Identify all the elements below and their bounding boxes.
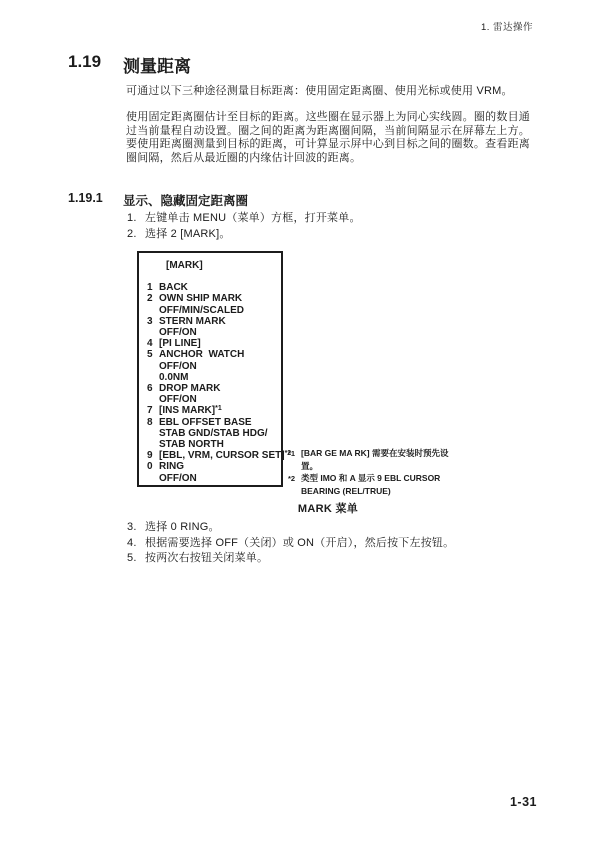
step-text: 选择 0 RING。 bbox=[145, 520, 220, 536]
footnote-reference: *1 bbox=[215, 405, 222, 412]
procedure-step: 1.左键单击 MENU（菜单）方框，打开菜单。 bbox=[127, 211, 537, 227]
step-text: 根据需要选择 OFF（关闭）或 ON（开启），然后按下左按钮。 bbox=[145, 536, 454, 552]
menu-item-number bbox=[147, 428, 159, 439]
menu-item-label: OFF/ON bbox=[159, 361, 197, 372]
menu-item-label: OFF/ON bbox=[159, 473, 197, 484]
menu-item-label: STAB GND/STAB HDG/ bbox=[159, 428, 268, 439]
menu-item-number bbox=[147, 372, 159, 383]
menu-line: 9[EBL, VRM, CURSOR SET]*2 bbox=[147, 450, 279, 461]
menu-item-number bbox=[147, 361, 159, 372]
menu-title: [MARK] bbox=[166, 260, 279, 271]
menu-item-number: 4 bbox=[147, 338, 159, 349]
step-number: 2. bbox=[127, 227, 145, 243]
menu-line: 7[INS MARK]*1 bbox=[147, 405, 279, 416]
menu-caption: MARK 菜单 bbox=[126, 500, 530, 516]
steps-after: 3.选择 0 RING。4.根据需要选择 OFF（关闭）或 ON（开启），然后按… bbox=[127, 520, 537, 567]
menu-item-number: 1 bbox=[147, 282, 159, 293]
menu-item-number bbox=[147, 305, 159, 316]
menu-line: STAB NORTH bbox=[147, 439, 279, 450]
menu-line: 0.0NM bbox=[147, 372, 279, 383]
document-page: 1. 雷达操作 1.19 测量距离 可通过以下三种途径测量目标距离：使用固定距离… bbox=[0, 0, 595, 842]
section-heading: 1.19 测量距离 bbox=[68, 52, 191, 77]
menu-line: STAB GND/STAB HDG/ bbox=[147, 428, 279, 439]
menu-item-label: EBL OFFSET BASE bbox=[159, 417, 252, 428]
menu-item-number bbox=[147, 473, 159, 484]
menu-line: OFF/ON bbox=[147, 327, 279, 338]
step-text: 选择 2 [MARK]。 bbox=[145, 227, 231, 243]
footnote-marker: *2 bbox=[288, 472, 301, 497]
menu-item-label: STERN MARK bbox=[159, 316, 226, 327]
footnote-text: [BAR GE MA RK] 需要在安装时预先设置。 bbox=[301, 447, 461, 472]
menu-line: 3STERN MARK bbox=[147, 316, 279, 327]
step-number: 1. bbox=[127, 211, 145, 227]
menu-line: 2OWN SHIP MARK bbox=[147, 293, 279, 304]
intro-paragraph: 可通过以下三种途径测量目标距离：使用固定距离圈、使用光标或使用 VRM。 bbox=[126, 85, 530, 99]
mark-menu-box: [MARK] 1BACK2OWN SHIP MARKOFF/MIN/SCALED… bbox=[137, 251, 283, 487]
menu-item-number bbox=[147, 327, 159, 338]
steps-before: 1.左键单击 MENU（菜单）方框，打开菜单。2.选择 2 [MARK]。 bbox=[127, 211, 537, 242]
footnote: *1[BAR GE MA RK] 需要在安装时预先设置。 bbox=[288, 447, 468, 472]
menu-item-label: [INS MARK]*1 bbox=[159, 405, 222, 416]
menu-item-label: OFF/ON bbox=[159, 327, 197, 338]
menu-line: OFF/ON bbox=[147, 361, 279, 372]
menu-item-label: OWN SHIP MARK bbox=[159, 293, 242, 304]
procedure-step: 3.选择 0 RING。 bbox=[127, 520, 537, 536]
step-text: 按两次右按钮关闭菜单。 bbox=[145, 551, 268, 567]
section-title: 测量距离 bbox=[123, 52, 191, 77]
running-header: 1. 雷达操作 bbox=[481, 19, 533, 33]
menu-item-number: 2 bbox=[147, 293, 159, 304]
menu-item-label: OFF/MIN/SCALED bbox=[159, 305, 244, 316]
menu-item-number: 7 bbox=[147, 405, 159, 416]
menu-line: OFF/ON bbox=[147, 473, 279, 484]
menu-line: 4[PI LINE] bbox=[147, 338, 279, 349]
footnotes: *1[BAR GE MA RK] 需要在安装时预先设置。*2类型 IMO 和 A… bbox=[288, 447, 468, 497]
subsection-number: 1.19.1 bbox=[68, 191, 123, 209]
menu-item-number: 5 bbox=[147, 349, 159, 360]
step-number: 4. bbox=[127, 536, 145, 552]
menu-item-number: 0 bbox=[147, 461, 159, 472]
menu-item-label: BACK bbox=[159, 282, 188, 293]
menu-item-label: 0.0NM bbox=[159, 372, 188, 383]
step-number: 5. bbox=[127, 551, 145, 567]
page-number: 1-31 bbox=[510, 795, 537, 809]
footnote: *2类型 IMO 和 A 显示 9 EBL CURSOR BEARING (RE… bbox=[288, 472, 468, 497]
menu-line: 1BACK bbox=[147, 282, 279, 293]
menu-item-number: 8 bbox=[147, 417, 159, 428]
menu-item-label: ANCHOR WATCH bbox=[159, 349, 244, 360]
menu-line: OFF/ON bbox=[147, 394, 279, 405]
menu-line: OFF/MIN/SCALED bbox=[147, 305, 279, 316]
procedure-step: 4.根据需要选择 OFF（关闭）或 ON（开启），然后按下左按钮。 bbox=[127, 536, 537, 552]
menu-item-label: [PI LINE] bbox=[159, 338, 201, 349]
subsection-title: 显示、隐藏固定距离圈 bbox=[123, 191, 248, 209]
menu-item-number: 9 bbox=[147, 450, 159, 461]
menu-lines: 1BACK2OWN SHIP MARKOFF/MIN/SCALED3STERN … bbox=[147, 282, 279, 484]
menu-item-label: OFF/ON bbox=[159, 394, 197, 405]
step-number: 3. bbox=[127, 520, 145, 536]
procedure-step: 2.选择 2 [MARK]。 bbox=[127, 227, 537, 243]
step-text: 左键单击 MENU（菜单）方框，打开菜单。 bbox=[145, 211, 361, 227]
menu-line: 5ANCHOR WATCH bbox=[147, 349, 279, 360]
procedure-step: 5.按两次右按钮关闭菜单。 bbox=[127, 551, 537, 567]
menu-line: 8EBL OFFSET BASE bbox=[147, 417, 279, 428]
menu-item-label: STAB NORTH bbox=[159, 439, 224, 450]
menu-item-number bbox=[147, 439, 159, 450]
menu-item-label: RING bbox=[159, 461, 184, 472]
section-number: 1.19 bbox=[68, 52, 123, 77]
menu-item-number: 3 bbox=[147, 316, 159, 327]
menu-item-label: [EBL, VRM, CURSOR SET]*2 bbox=[159, 450, 291, 461]
body-paragraph: 使用固定距离圈估计至目标的距离。这些圈在显示器上为同心实线圆。圈的数目通过当前量… bbox=[126, 111, 530, 165]
footnote-marker: *1 bbox=[288, 447, 301, 472]
menu-line: 6DROP MARK bbox=[147, 383, 279, 394]
subsection-heading: 1.19.1 显示、隐藏固定距离圈 bbox=[68, 191, 248, 209]
menu-item-number bbox=[147, 394, 159, 405]
menu-item-number: 6 bbox=[147, 383, 159, 394]
menu-item-label: DROP MARK bbox=[159, 383, 220, 394]
menu-line: 0RING bbox=[147, 461, 279, 472]
footnote-text: 类型 IMO 和 A 显示 9 EBL CURSOR BEARING (REL/… bbox=[301, 472, 461, 497]
